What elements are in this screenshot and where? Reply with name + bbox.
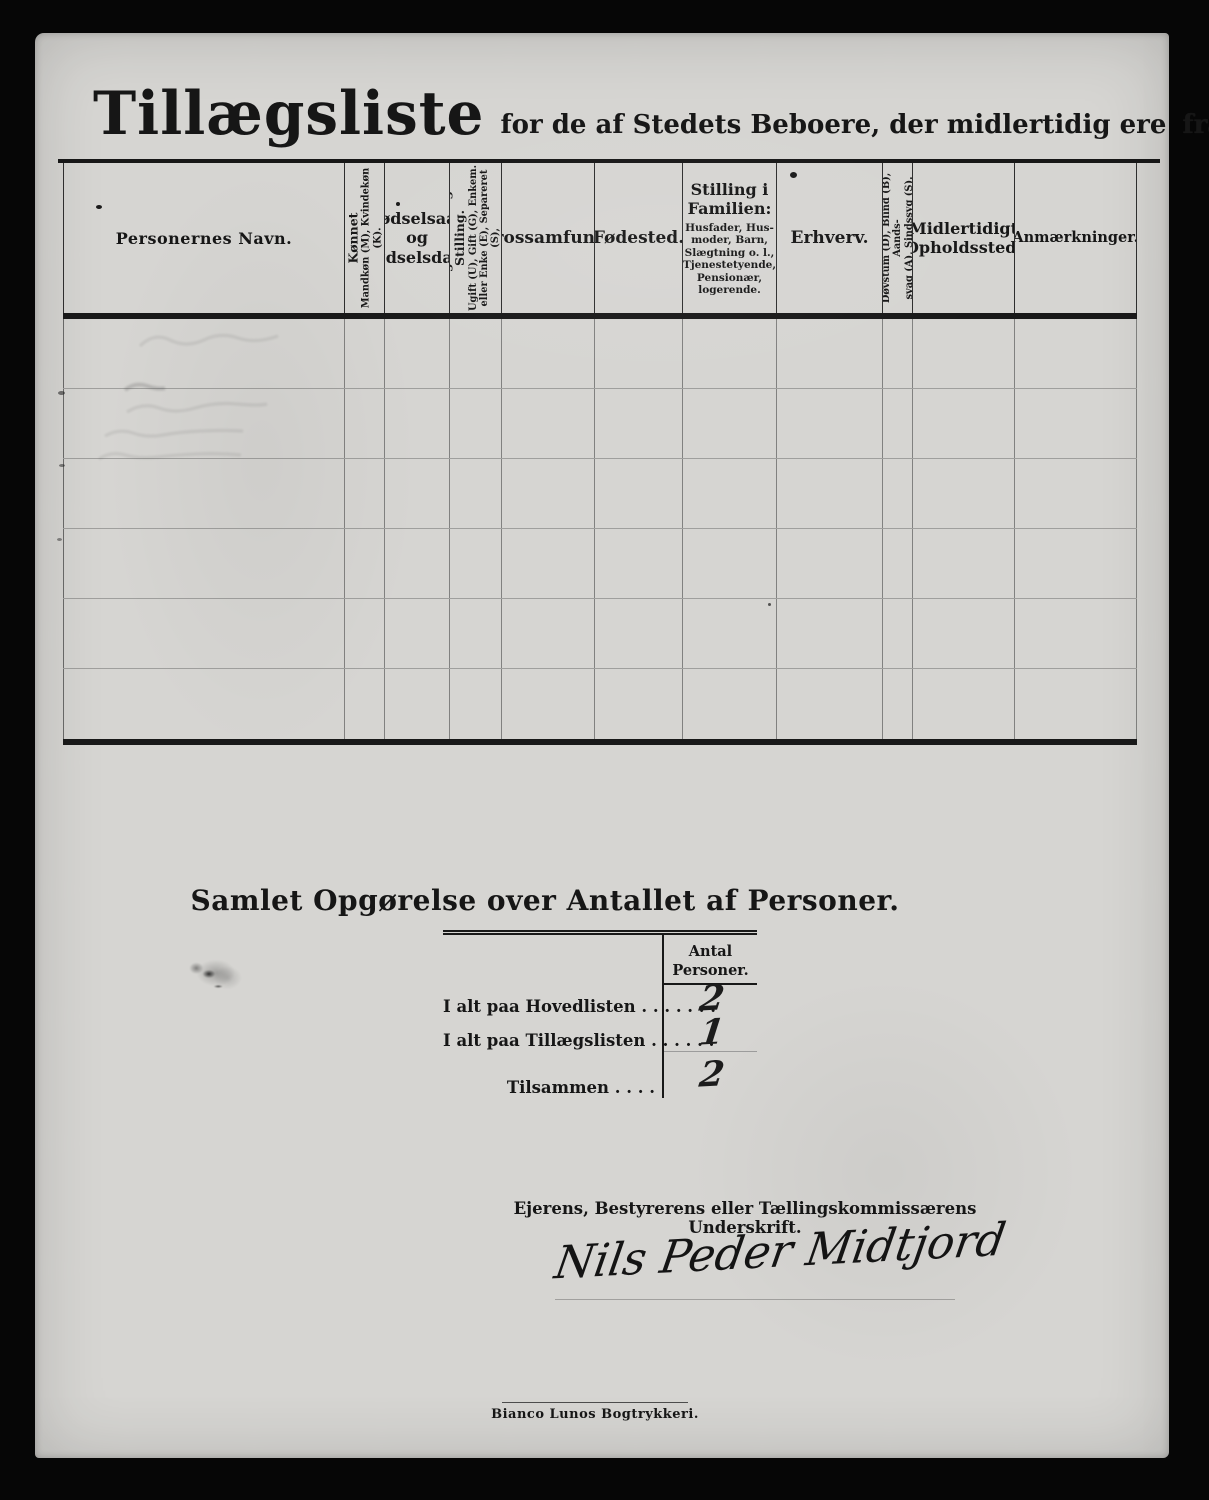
column-header-sublabel: Mandkøn (M), Kvindekøn (K). (360, 165, 383, 311)
ink-speck (396, 202, 400, 206)
column-header-anmaerkninger: Anmærkninger. (1015, 163, 1137, 313)
table-cell (450, 669, 502, 739)
table-cell (777, 389, 883, 458)
table-cell (385, 389, 450, 458)
ink-speck (790, 172, 797, 178)
vertical-text-wrap: Kønnet Mandkøn (M), Kvindekøn (K). (345, 163, 384, 313)
column-header-label: Fødselsdag. (385, 248, 450, 267)
table-cell (683, 319, 777, 388)
table-cell (683, 669, 777, 739)
vertical-text: Kønnet Mandkøn (M), Kvindekøn (K). (346, 165, 383, 311)
table-cell (683, 459, 777, 528)
table-cell (385, 669, 450, 739)
column-header-label: Opholdssted. (913, 238, 1015, 257)
vertical-text: Ægteskabelig Stilling. Ugift (U), Gift (… (450, 165, 502, 311)
column-header-label: Fødselsaar (385, 209, 450, 228)
column-header-sublabel: Pensionær, (697, 272, 762, 284)
table-cell (913, 319, 1015, 388)
table-cell (63, 599, 345, 668)
table-cell (1015, 669, 1137, 739)
table-cell (595, 669, 683, 739)
paper-sheet: Tillægsliste for de af Stedets Beboere, … (35, 33, 1169, 1458)
table-cell (777, 529, 883, 598)
column-header-sublabel: eller Enke (E), Separeret (S), (479, 165, 502, 311)
column-header-label: Familien: (688, 199, 772, 218)
column-header-label: Midlertidigt (913, 219, 1015, 238)
table-cell (345, 459, 385, 528)
column-header-sublabel: Husfader, Hus- (685, 222, 774, 234)
table-cell (777, 599, 883, 668)
column-header-personernes-navn: Personernes Navn. (63, 163, 345, 313)
table-cell (1015, 389, 1137, 458)
summary-row-label-tillaegslisten: I alt paa Tillægslisten . . . . . . (443, 1031, 655, 1050)
table-cell (345, 529, 385, 598)
table-cell (385, 599, 450, 668)
table-cell (913, 459, 1015, 528)
column-header-fodselsaar: Fødselsaar og Fødselsdag. (385, 163, 450, 313)
table-cell (913, 529, 1015, 598)
table-cell (1015, 599, 1137, 668)
table-row (63, 599, 1137, 669)
table-cell (450, 599, 502, 668)
column-header-midlertidigt-opholdssted: Midlertidigt Opholdssted. (913, 163, 1015, 313)
table-cell (345, 599, 385, 668)
ink-blot (173, 949, 251, 997)
table-cell (777, 669, 883, 739)
table-row (63, 319, 1137, 389)
column-header-sublabel: Tjenestetyende, (683, 259, 776, 271)
table-row (63, 529, 1137, 599)
column-header-erhverv: Erhverv. (777, 163, 883, 313)
table-cell (502, 389, 595, 458)
table-cell (502, 529, 595, 598)
printer-imprint: Bianco Lunos Bogtrykkeri. (415, 1407, 775, 1422)
table-cell (595, 319, 683, 388)
table-cell (502, 319, 595, 388)
table-cell (63, 669, 345, 739)
table-cell (502, 459, 595, 528)
column-header-fodested: Fødested. (595, 163, 683, 313)
column-header-label: Stilling i (691, 180, 769, 199)
column-header-sublabel: Ugift (U), Gift (G), Enkem. (467, 165, 478, 311)
column-header-trossamfund: Trossamfund. (502, 163, 595, 313)
table-header-row: Personernes Navn. Kønnet Mandkøn (M), Kv… (63, 163, 1137, 319)
vertical-text-wrap: Ægteskabelig Stilling. Ugift (U), Gift (… (450, 163, 501, 313)
summary-row-label-hovedlisten: I alt paa Hovedlisten . . . . . . . (443, 997, 655, 1016)
column-header-konnet: Kønnet Mandkøn (M), Kvindekøn (K). (345, 163, 385, 313)
table-row (63, 669, 1137, 739)
table-cell (63, 319, 345, 388)
table-cell (63, 389, 345, 458)
column-header-label: Trossamfund. (502, 228, 595, 248)
column-header-label: Ægteskabelig Stilling. (450, 165, 467, 311)
table-cell (777, 319, 883, 388)
form-title-subtitle-emphasis: fraværende. (1182, 110, 1209, 140)
table-cell (385, 529, 450, 598)
table-row (63, 459, 1137, 529)
table-cell (883, 389, 913, 458)
scanned-census-form: Tillægsliste for de af Stedets Beboere, … (0, 0, 1209, 1500)
column-header-label: Fødested. (595, 228, 683, 248)
signature-baseline (555, 1299, 955, 1300)
column-header-sublabel: Slægtning o. l., (685, 247, 775, 259)
summary-column-header: Antal Personer. (664, 943, 757, 981)
table-cell (63, 529, 345, 598)
column-header-sublabel: logerende. (698, 284, 761, 296)
summary-column-header-line: Antal (664, 943, 757, 962)
column-header-stilling-i-familien: Stilling i Familien: Husfader, Hus- mode… (683, 163, 777, 313)
summary-heading: Samlet Opgørelse over Antallet af Person… (185, 884, 905, 917)
table-cell (883, 459, 913, 528)
table-cell (883, 529, 913, 598)
table-cell (913, 669, 1015, 739)
table-cell (683, 389, 777, 458)
column-header-label: Erhverv. (790, 228, 868, 248)
table-cell (63, 459, 345, 528)
table-cell (345, 389, 385, 458)
table-cell (385, 319, 450, 388)
column-header-label: svag (A), Sindssyg (S). (903, 165, 913, 311)
table-cell (883, 599, 913, 668)
printer-rule (502, 1402, 688, 1403)
column-header-label: Kønnet (346, 165, 360, 311)
table-cell (502, 599, 595, 668)
table-cell (595, 459, 683, 528)
column-header-label: Personernes Navn. (116, 229, 293, 248)
summary-row-label-tilsammen: Tilsammen . . . . (443, 1078, 655, 1097)
ink-speck (57, 538, 62, 541)
table-cell (345, 319, 385, 388)
table-cell (777, 459, 883, 528)
table-cell (345, 669, 385, 739)
table-cell (683, 599, 777, 668)
table-cell (1015, 319, 1137, 388)
column-header-sublabel: moder, Barn, (691, 234, 768, 246)
table-cell (1015, 459, 1137, 528)
table-cell (502, 669, 595, 739)
census-table: Personernes Navn. Kønnet Mandkøn (M), Kv… (63, 163, 1137, 745)
summary-value-tilsammen: 2 (664, 1055, 759, 1095)
table-cell (1015, 529, 1137, 598)
column-header-label: Anmærkninger. (1015, 229, 1137, 246)
table-row (63, 389, 1137, 459)
table-cell (595, 599, 683, 668)
ink-speck (96, 205, 102, 209)
table-cell (450, 319, 502, 388)
table-cell (595, 389, 683, 458)
ink-speck (59, 464, 65, 467)
column-header-aegteskabelig-stilling: Ægteskabelig Stilling. Ugift (U), Gift (… (450, 163, 502, 313)
table-body (63, 319, 1137, 745)
form-title-subtitle: for de af Stedets Beboere, der midlertid… (500, 110, 1166, 140)
table-cell (913, 599, 1015, 668)
table-cell (385, 459, 450, 528)
table-cell (450, 529, 502, 598)
ink-speck (768, 603, 771, 606)
vertical-text-wrap: Døvstum (D), Blind (B), Aands- svag (A),… (883, 163, 912, 313)
table-cell (450, 459, 502, 528)
form-title: Tillægsliste for de af Stedets Beboere, … (93, 79, 1209, 147)
table-cell (913, 389, 1015, 458)
summary-value-tillaegslisten: 1 (664, 1013, 759, 1053)
form-title-main: Tillægsliste (93, 78, 484, 149)
vertical-text: Døvstum (D), Blind (B), Aands- svag (A),… (883, 165, 913, 311)
column-header-label: og (406, 228, 428, 247)
column-header-label: Døvstum (D), Blind (B), Aands- (883, 165, 903, 311)
table-cell (683, 529, 777, 598)
table-cell (595, 529, 683, 598)
ink-speck (58, 391, 65, 395)
summary-table: Antal Personer. I alt paa Hovedlisten . … (443, 930, 757, 1098)
table-cell (883, 669, 913, 739)
column-header-dovstum: Døvstum (D), Blind (B), Aands- svag (A),… (883, 163, 913, 313)
table-cell (883, 319, 913, 388)
table-cell (450, 389, 502, 458)
